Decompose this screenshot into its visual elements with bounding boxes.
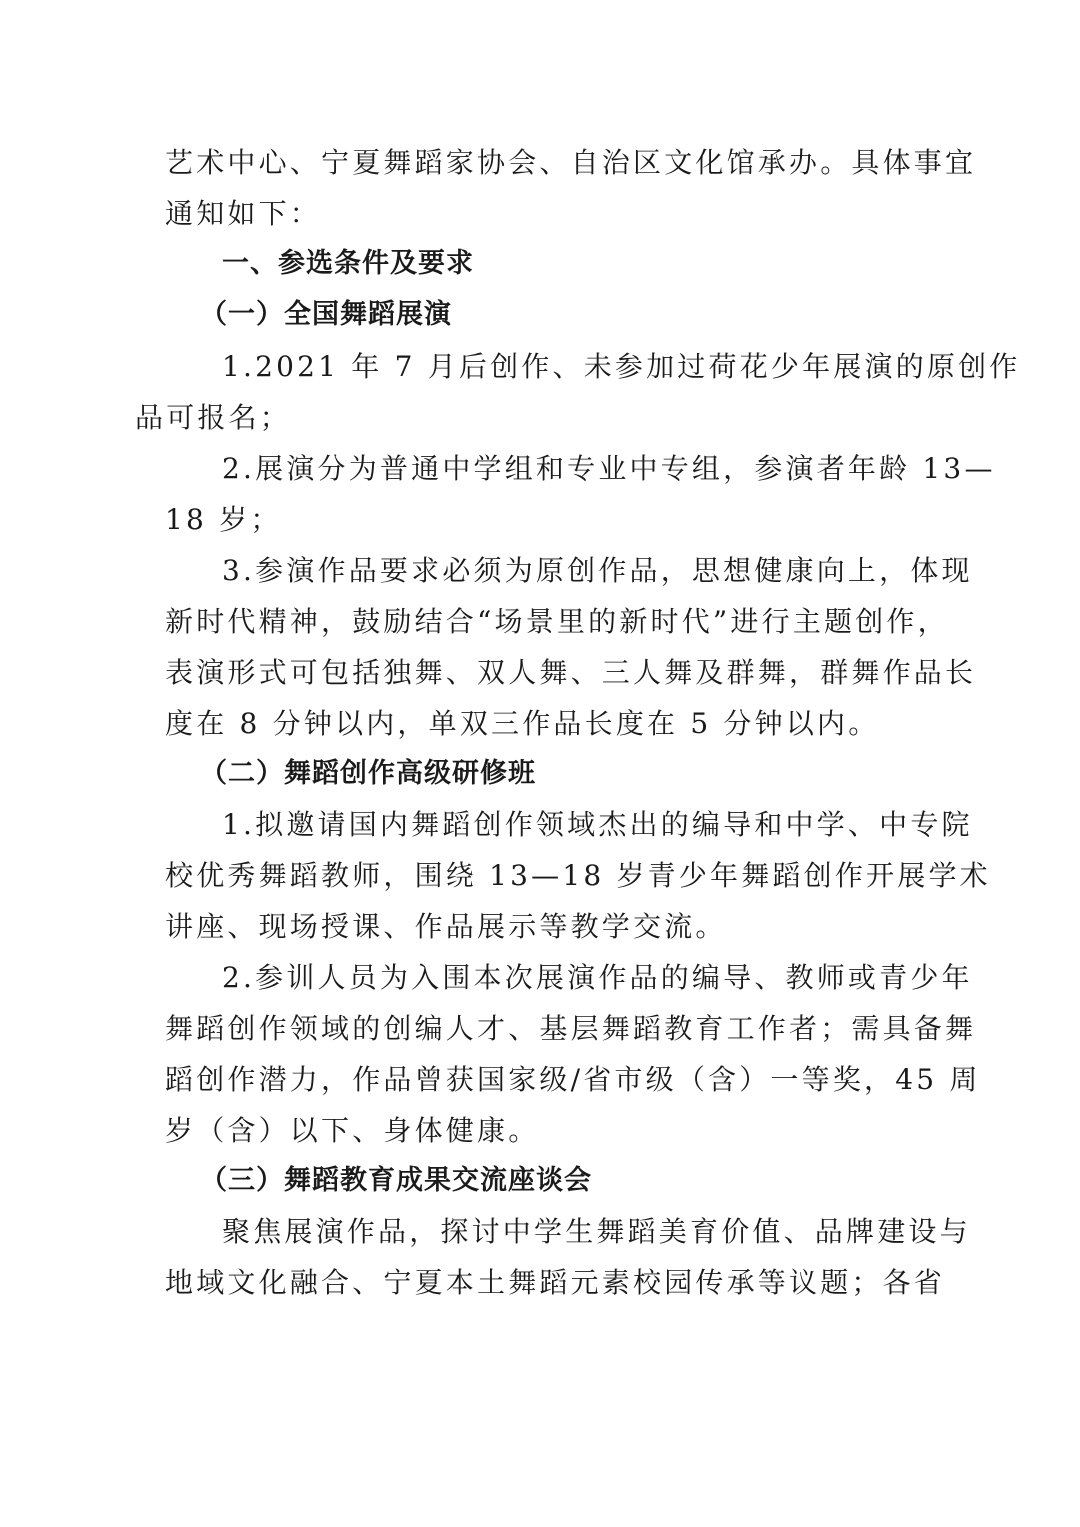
paragraph-line: 讲座、现场授课、作品展示等教学交流。	[165, 909, 917, 945]
paragraph-line: 艺术中心、宁夏舞蹈家协会、自治区文化馆承办。具体事宜	[165, 145, 917, 181]
paragraph-line: 校优秀舞蹈教师，围绕 13—18 岁青少年舞蹈创作开展学术	[165, 858, 917, 894]
paragraph-line: 聚焦展演作品，探讨中学生舞蹈美育价值、品牌建设与	[222, 1214, 917, 1250]
section-heading: 一、参选条件及要求	[222, 246, 974, 282]
subsection-heading: （二）舞蹈创作高级研修班	[200, 756, 952, 792]
paragraph-line: 蹈创作潜力，作品曾获国家级/省市级（含）一等奖，45 周	[165, 1062, 917, 1098]
paragraph-line: 岁（含）以下、身体健康。	[165, 1113, 917, 1149]
paragraph-line: 通知如下：	[165, 196, 917, 232]
paragraph-line: 度在 8 分钟以内，单双三作品长度在 5 分钟以内。	[165, 706, 917, 742]
paragraph-line: 2.展演分为普通中学组和专业中专组，参演者年龄 13—	[222, 451, 917, 487]
paragraph-line: 3.参演作品要求必须为原创作品，思想健康向上，体现	[222, 553, 917, 589]
paragraph-line: 地域文化融合、宁夏本土舞蹈元素校园传承等议题；各省	[165, 1265, 917, 1301]
subsection-heading: （一）全国舞蹈展演	[200, 297, 952, 333]
paragraph-line: 2.参训人员为入围本次展演作品的编导、教师或青少年	[222, 960, 917, 996]
paragraph-line: 18 岁；	[165, 502, 917, 538]
subsection-heading: （三）舞蹈教育成果交流座谈会	[200, 1163, 952, 1199]
paragraph-line: 品可报名；	[135, 400, 887, 436]
paragraph-line: 新时代精神，鼓励结合“场景里的新时代”进行主题创作，	[165, 604, 917, 640]
paragraph-line: 1.2021 年 7 月后创作、未参加过荷花少年展演的原创作	[222, 349, 917, 385]
paragraph-line: 表演形式可包括独舞、双人舞、三人舞及群舞，群舞作品长	[165, 655, 917, 691]
paragraph-line: 1.拟邀请国内舞蹈创作领域杰出的编导和中学、中专院	[222, 807, 917, 843]
paragraph-line: 舞蹈创作领域的创编人才、基层舞蹈教育工作者；需具备舞	[165, 1011, 917, 1047]
document-page: 艺术中心、宁夏舞蹈家协会、自治区文化馆承办。具体事宜 通知如下： 一、参选条件及…	[0, 0, 1080, 1527]
